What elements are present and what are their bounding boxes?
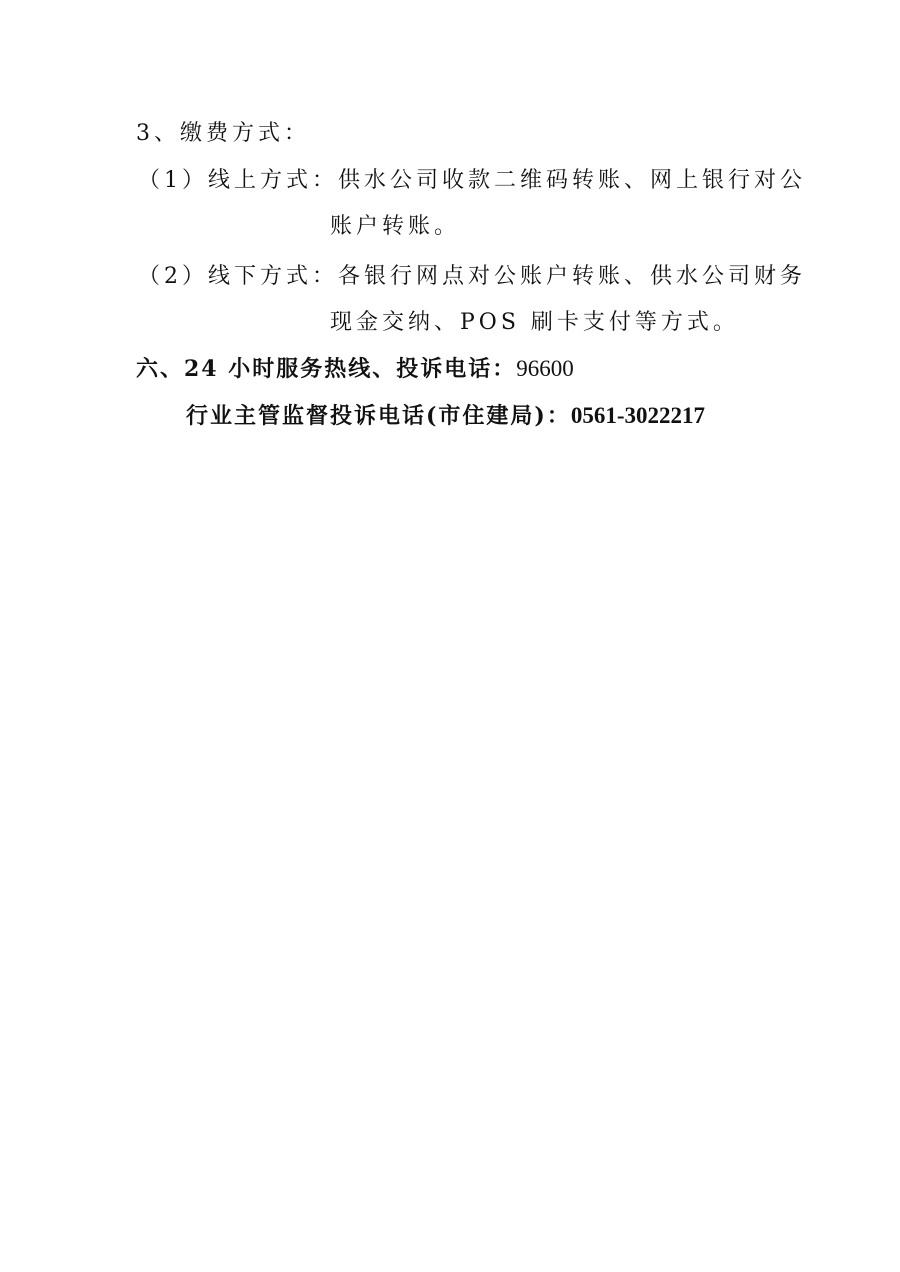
payment-online-line1: （1）线上方式：供水公司收款二维码转账、网上银行对公 bbox=[138, 166, 806, 196]
supervision-label: 行业主管监督投诉电话(市住建局)： bbox=[186, 403, 571, 429]
payment-online-line2: 账户转账。 bbox=[330, 212, 460, 242]
supervision-line: 行业主管监督投诉电话(市住建局)：0561-3022217 bbox=[186, 401, 705, 431]
payment-online-text: 供水公司收款二维码转账、网上银行对公 bbox=[338, 168, 806, 193]
hotline-line: 六、24 小时服务热线、投诉电话：96600 bbox=[136, 354, 574, 384]
payment-offline-text: 各银行网点对公账户转账、供水公司财务 bbox=[338, 264, 806, 289]
payment-online-label: （1）线上方式： bbox=[138, 168, 338, 193]
hotline-number: 96600 bbox=[516, 356, 574, 381]
payment-offline-line1: （2）线下方式：各银行网点对公账户转账、供水公司财务 bbox=[138, 262, 806, 292]
payment-offline-label: （2）线下方式： bbox=[138, 264, 338, 289]
supervision-number: 0561-3022217 bbox=[571, 403, 705, 428]
section-3-heading: 3、缴费方式： bbox=[136, 119, 310, 149]
hotline-heading: 六、24 小时服务热线、投诉电话： bbox=[136, 356, 516, 382]
payment-offline-line2: 现金交纳、POS 刷卡支付等方式。 bbox=[330, 308, 739, 338]
